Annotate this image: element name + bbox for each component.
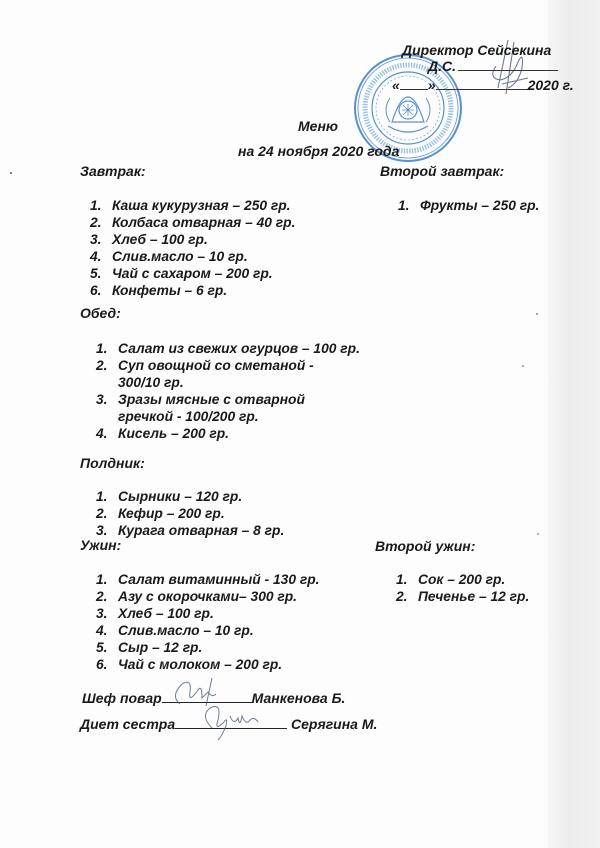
scan-speck (537, 533, 539, 535)
list-item: 1.Салат из свежих огурцов – 100 гр. (96, 340, 360, 357)
scan-speck (536, 313, 538, 315)
list-item: 5.Сыр – 12 гр. (96, 639, 319, 656)
list-item: 2.Кефир – 200 гр. (96, 505, 284, 522)
date-day-blank (400, 77, 428, 90)
snack-list: 1.Сырники – 120 гр. 2.Кефир – 200 гр. 3.… (96, 488, 284, 539)
list-item: 4.Слив.масло – 10 гр. (90, 248, 295, 265)
list-item: 4.Кисель – 200 гр. (96, 425, 360, 442)
list-item: 2.Суп овощной со сметаной -300/10 гр. (96, 357, 360, 391)
approval-title: Директор Сейсекина (402, 42, 551, 58)
list-item: 1.Сырники – 120 гр. (96, 488, 284, 505)
lunch-heading: Обед: (80, 305, 121, 321)
approval-date: «»2020 г. (392, 77, 574, 93)
list-item: 3.Курага отварная – 8 гр. (96, 522, 284, 539)
dinner-list: 1.Салат витаминный - 130 гр. 2.Азу с око… (96, 571, 319, 673)
list-item: 1.Сок – 200 гр. (396, 571, 529, 588)
second-breakfast-list: 1.Фрукты – 250 гр. (398, 197, 539, 214)
list-item: 3.Зразы мясные с отварнойгречкой - 100/2… (96, 391, 360, 425)
date-month-blank (436, 77, 528, 90)
list-item: 6.Чай с молоком – 200 гр. (96, 656, 319, 673)
page-subtitle: на 24 ноября 2020 года (238, 143, 399, 159)
list-item: 1.Салат витаминный - 130 гр. (96, 571, 319, 588)
approval-signature-line (458, 58, 558, 71)
list-item: 3.Хлеб – 100 гр. (90, 231, 295, 248)
list-item: 5.Чай с сахаром – 200 гр. (90, 265, 295, 282)
scan-speck (522, 365, 524, 367)
scan-shadow-strip (548, 0, 600, 848)
second-dinner-list: 1.Сок – 200 гр. 2.Печенье – 12 гр. (396, 571, 529, 605)
list-item: 3.Хлеб – 100 гр. (96, 605, 319, 622)
list-item: 1.Каша кукурузная – 250 гр. (90, 197, 295, 214)
breakfast-heading: Завтрак: (80, 163, 146, 179)
list-item: 2.Колбаса отварная – 40 гр. (90, 214, 295, 231)
list-item: 2.Азу с окорочками– 300 гр. (96, 588, 319, 605)
list-item: 1.Фрукты – 250 гр. (398, 197, 539, 214)
approval-initials: Д.С. (428, 58, 558, 74)
page-title: Меню (298, 118, 338, 134)
second-dinner-heading: Второй ужин: (375, 538, 475, 554)
snack-heading: Полдник: (80, 455, 145, 471)
second-breakfast-heading: Второй завтрак: (380, 163, 504, 179)
list-item: 4.Слив.масло – 10 гр. (96, 622, 319, 639)
breakfast-list: 1.Каша кукурузная – 250 гр. 2.Колбаса от… (90, 197, 295, 299)
list-item: 6.Конфеты – 6 гр. (90, 282, 295, 299)
list-item: 2.Печенье – 12 гр. (396, 588, 529, 605)
scan-speck (10, 172, 12, 174)
nurse-signature (196, 702, 268, 742)
dinner-heading: Ужин: (80, 537, 121, 553)
lunch-list: 1.Салат из свежих огурцов – 100 гр. 2.Су… (96, 340, 360, 442)
